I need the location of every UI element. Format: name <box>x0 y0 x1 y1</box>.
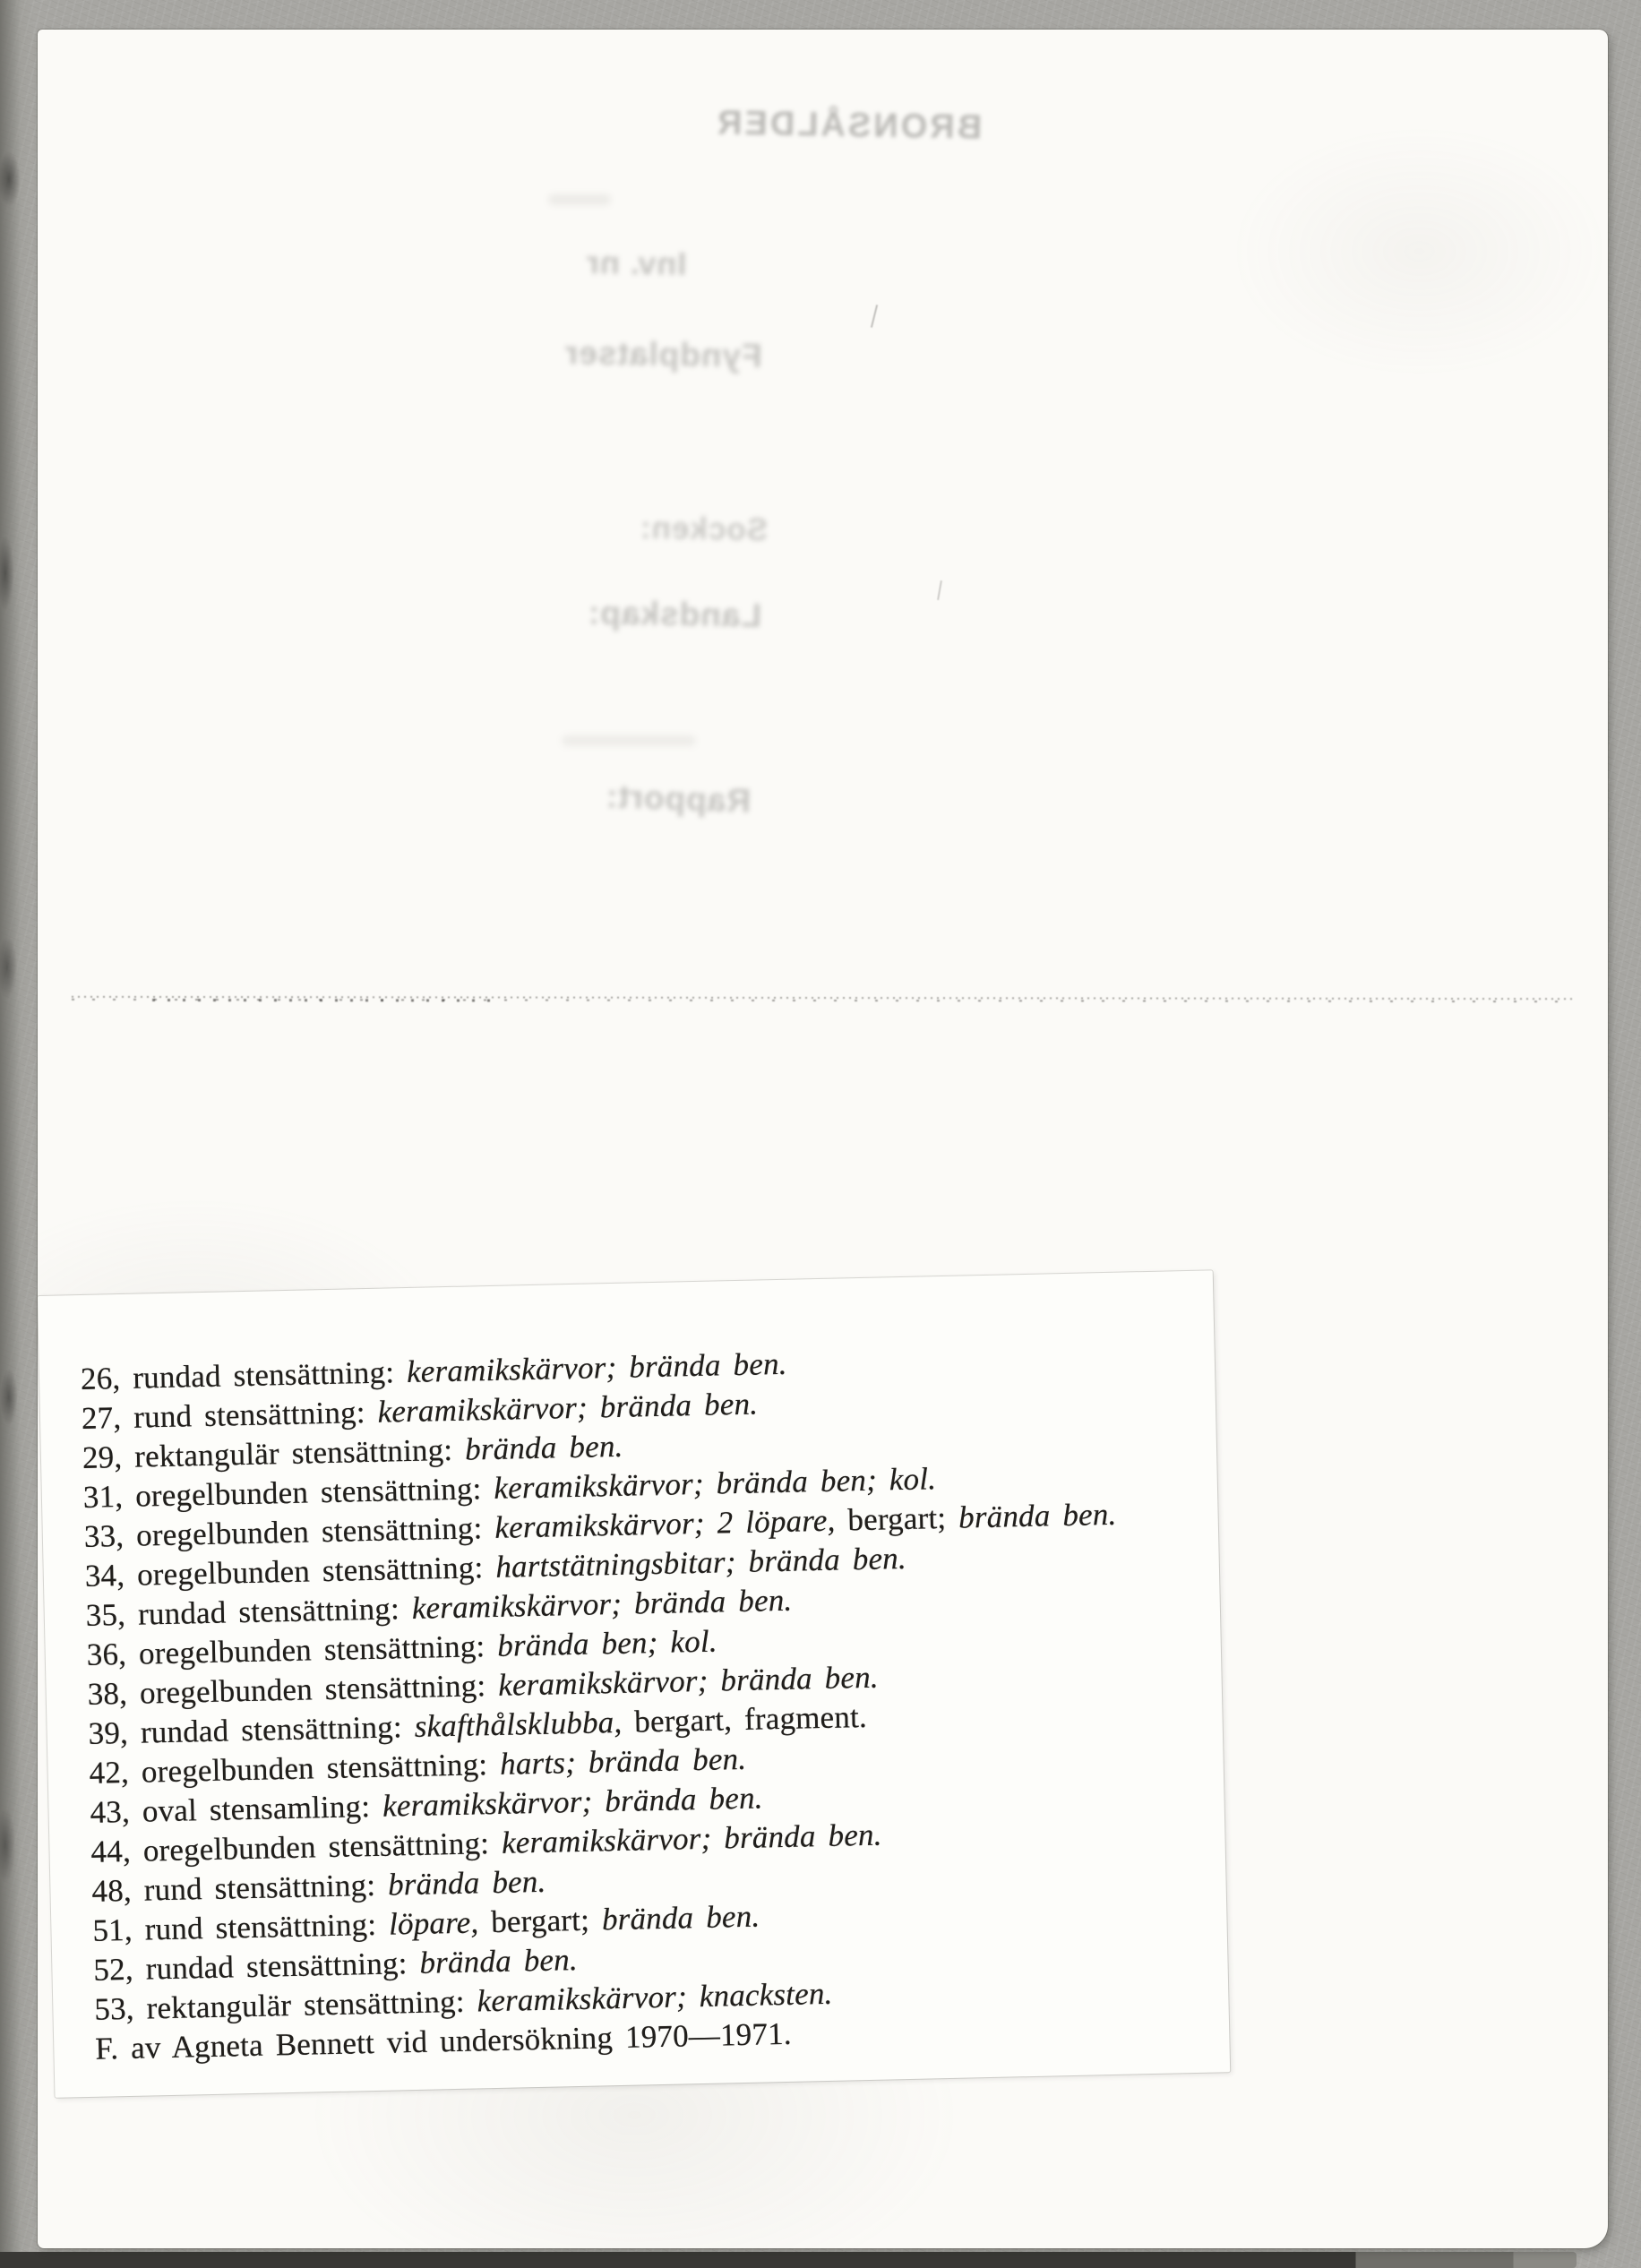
find-term: bergart; <box>478 1902 603 1939</box>
find-term-italic: keramikskärvor; brända ben. <box>411 1583 792 1626</box>
bleedthrough-text: Socken: <box>640 511 769 548</box>
bleedthrough-text: Inv. nr <box>586 244 687 283</box>
find-term-italic: keramikskärvor; knacksten. <box>477 1976 833 2019</box>
page: BRONSÅLDERInv. nrFyndplatserSocken:Lands… <box>38 30 1608 2248</box>
find-term: 38, oregelbunden stensättning: <box>87 1668 498 1712</box>
bleedthrough-text: Fyndplatser <box>564 334 762 375</box>
bleedthrough-text: Rapport: <box>605 777 752 820</box>
scanned-archive-card: BRONSÅLDERInv. nrFyndplatserSocken:Lands… <box>0 0 1641 2268</box>
find-term: 35, rundad stensättning: <box>85 1591 412 1633</box>
find-term: 29, rektangulär stensättning: <box>82 1432 466 1475</box>
find-term: 43, oval stensamling: <box>90 1789 382 1830</box>
ink-smudge <box>548 194 611 205</box>
find-term-italic: keramikskärvor; brända ben; kol. <box>494 1461 937 1506</box>
find-term: 26, rundad stensättning: <box>81 1354 408 1396</box>
find-term: 48, rund stensättning: <box>91 1868 388 1909</box>
bleedthrough-text: BRONSÅLDER <box>715 104 983 147</box>
find-term: 42, oregelbunden stensättning: <box>89 1747 500 1791</box>
find-term-italic: keramikskärvor; brända ben. <box>407 1346 787 1389</box>
find-term: bergart; <box>835 1500 959 1538</box>
find-term: 27, rund stensättning: <box>82 1395 378 1436</box>
find-term: 33, oregelbunden stensättning: <box>83 1510 494 1554</box>
find-term-italic: hartstätningsbitar; brända ben. <box>495 1541 906 1585</box>
find-term: 52, rundad stensättning: <box>93 1946 420 1988</box>
bleedthrough-layer: BRONSÅLDERInv. nrFyndplatserSocken:Lands… <box>38 30 1608 1104</box>
find-term-italic: skafthålsklubba, <box>414 1705 622 1744</box>
left-torn-edge <box>0 0 34 2268</box>
find-term-italic: brända ben. <box>465 1429 623 1467</box>
find-term-italic: brända ben. <box>388 1864 546 1903</box>
find-term-italic: brända ben. <box>419 1942 578 1980</box>
find-term: 34, oregelbunden stensättning: <box>84 1550 495 1594</box>
find-term-italic: keramikskärvor; brända ben. <box>498 1660 879 1703</box>
find-term-italic: keramikskärvor; brända ben. <box>502 1817 882 1860</box>
find-term: 44, oregelbunden stensättning: <box>90 1826 502 1869</box>
find-term-italic: keramikskärvor; brända ben. <box>377 1386 758 1429</box>
find-term-italic: brända ben; kol. <box>497 1624 717 1663</box>
find-term: 36, oregelbunden stensättning: <box>86 1628 497 1672</box>
find-term: 39, rundad stensättning: <box>88 1709 415 1751</box>
find-term-italic: brända ben. <box>958 1497 1117 1535</box>
ink-smudge <box>562 735 696 746</box>
find-term: bergart, fragment. <box>622 1699 867 1740</box>
find-term-italic: brända ben. <box>602 1899 760 1937</box>
find-term-italic: keramikskärvor; 2 löpare, <box>494 1503 836 1545</box>
bleedthrough-text: Landskap: <box>588 594 762 634</box>
find-term-italic: löpare, <box>389 1904 479 1941</box>
find-term: 51, rund stensättning: <box>92 1907 389 1948</box>
pasted-note-sheet: 26, rundad stensättning: keramikskärvor;… <box>38 1270 1230 2097</box>
bottom-dark-edge <box>0 2252 1577 2268</box>
find-list: 26, rundad stensättning: keramikskärvor;… <box>38 1270 1230 2069</box>
find-term-italic: keramikskärvor; brända ben. <box>382 1780 763 1823</box>
find-term: 53, rektangulär stensättning: <box>94 1983 477 2026</box>
find-term-italic: harts; brända ben. <box>500 1741 747 1782</box>
find-term: 31, oregelbunden stensättning: <box>82 1471 494 1515</box>
